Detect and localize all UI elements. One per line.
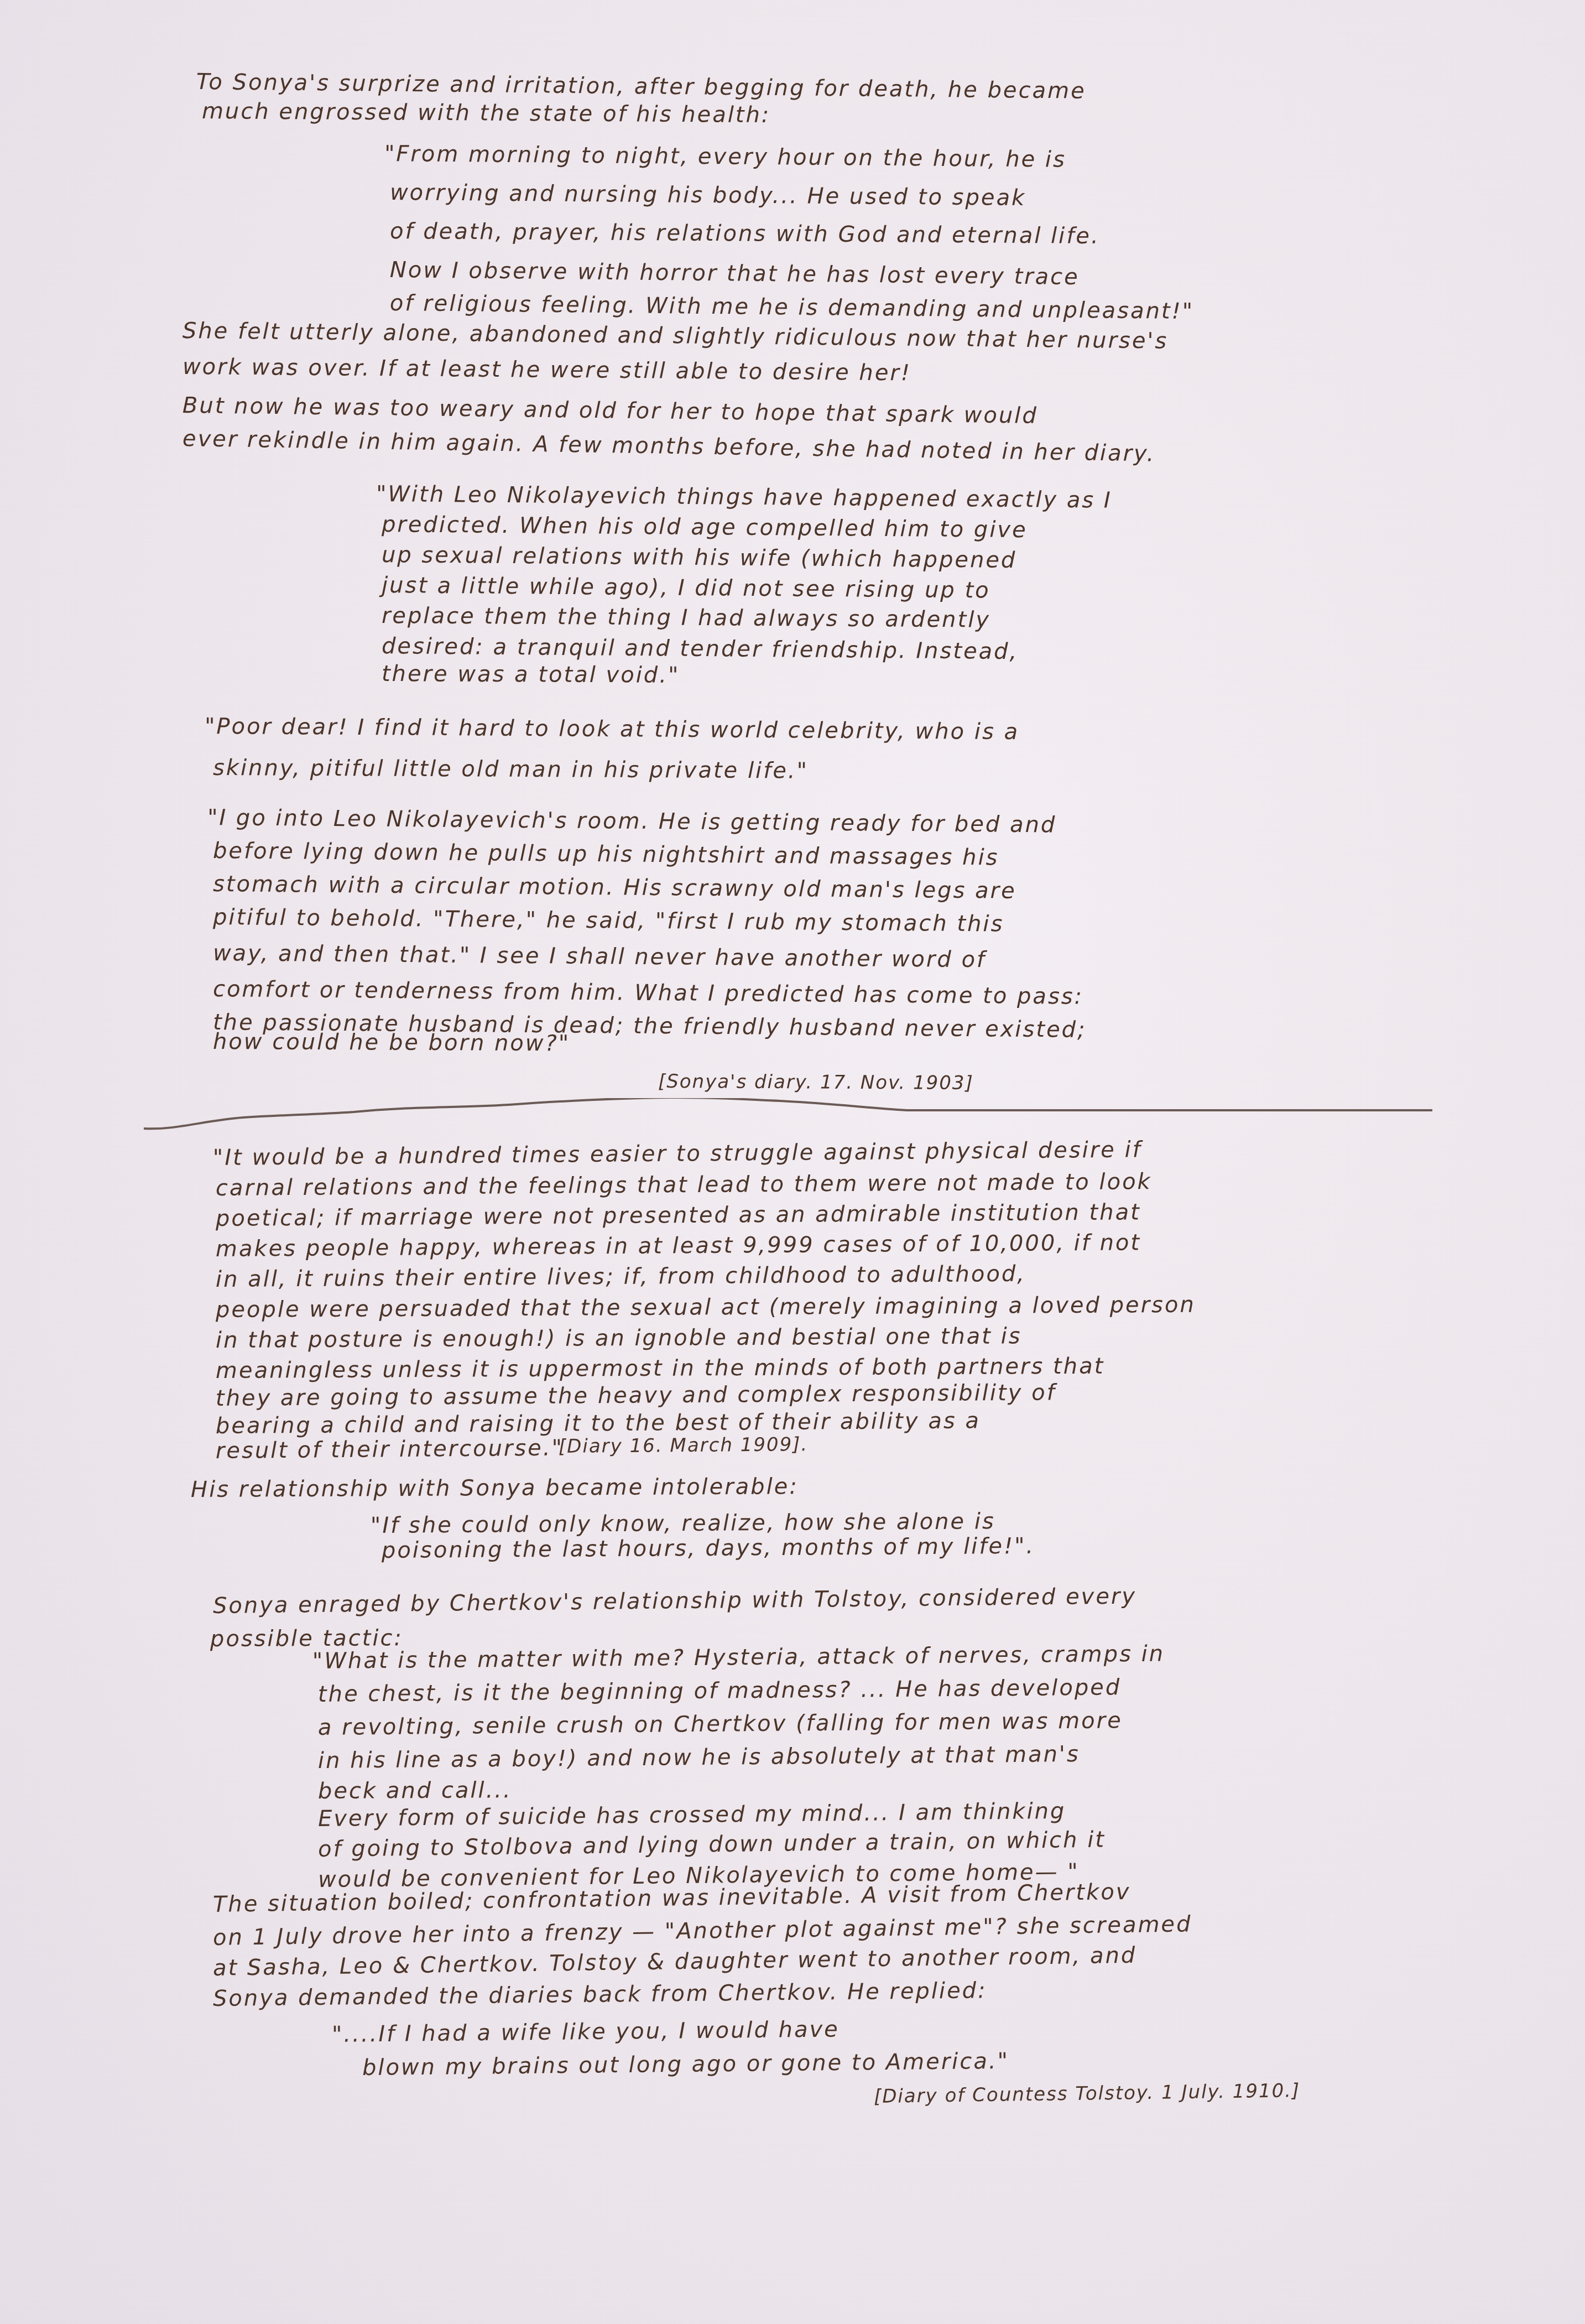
- quote-line: in all, it ruins their entire lives; if,…: [216, 1261, 1026, 1292]
- text-line: much engrossed with the state of his hea…: [202, 98, 771, 128]
- paragraph-3: His relationship with Sonya became intol…: [191, 1474, 799, 1502]
- quote-line: a revolting, senile crush on Chertkov (f…: [318, 1708, 1123, 1740]
- citation-1: [Sonya's diary. 17. Nov. 1903]: [658, 1070, 974, 1094]
- quote-line: before lying down he pulls up his nights…: [213, 838, 999, 870]
- quote-line: "What is the matter with me? Hysteria, a…: [312, 1641, 1165, 1674]
- quote-line: how could he be born now?": [213, 1029, 570, 1056]
- quote-line: stomach with a circular motion. His scra…: [213, 871, 1016, 904]
- text-line: She felt utterly alone, abandoned and sl…: [183, 318, 1169, 354]
- quote-line: up sexual relations with his wife (which…: [382, 542, 1017, 573]
- quote-line: pitiful to behold. "There," he said, "fi…: [213, 904, 1004, 937]
- citation-2: [Diary 16. March 1909].: [559, 1433, 809, 1458]
- quote-line: of religious feeling. With me he is dema…: [390, 290, 1194, 324]
- quote-line: result of their intercourse.": [216, 1436, 564, 1464]
- quote-line: of death, prayer, his relations with God…: [390, 219, 1100, 249]
- quote-line: "Poor dear! I find it hard to look at th…: [205, 714, 1019, 745]
- text-line: But now he was too weary and old for her…: [183, 393, 1038, 429]
- text-line: Sonya enraged by Chertkov's relationship…: [213, 1584, 1136, 1619]
- quote-line: desired: a tranquil and tender friendshi…: [382, 633, 1019, 664]
- text-line: Sonya demanded the diaries back from Che…: [213, 1978, 987, 2011]
- quote-line: beck and call...: [318, 1777, 512, 1804]
- quote-line: bearing a child and raising it to the be…: [216, 1408, 981, 1439]
- quote-line: poetical; if marriage were not presented…: [216, 1199, 1141, 1231]
- quote-line: just a little while ago), I did not see …: [382, 573, 990, 604]
- quote-line: skinny, pitiful little old man in his pr…: [213, 755, 809, 784]
- quote-line: in that posture is enough!) is an ignobl…: [216, 1323, 1022, 1353]
- quote-line: the chest, is it the beginning of madnes…: [318, 1675, 1122, 1707]
- quote-line: makes people happy, whereas in at least …: [216, 1230, 1141, 1262]
- quote-line: poisoning the last hours, days, months o…: [382, 1533, 1035, 1563]
- quote-line: meaningless unless it is uppermost in th…: [216, 1354, 1105, 1384]
- quote-line: "....If I had a wife like you, I would h…: [332, 2016, 840, 2047]
- quote-line: way, and then that." I see I shall never…: [213, 940, 986, 973]
- citation-3: [Diary of Countess Tolstoy. 1 July. 1910…: [874, 2079, 1301, 2108]
- quote-line: predicted. When his old age compelled hi…: [382, 512, 1028, 543]
- quote-line: Now I observe with horror that he has lo…: [390, 257, 1080, 290]
- quote-line: carnal relations and the feelings that l…: [216, 1169, 1152, 1201]
- quote-line: "With Leo Nikolayevich things have happe…: [376, 481, 1112, 513]
- divider-line: [144, 1098, 1432, 1142]
- quote-line: blown my brains out long ago or gone to …: [362, 2049, 1009, 2081]
- quote-line: "I go into Leo Nikolayevich's room. He i…: [207, 805, 1057, 838]
- quote-line: worrying and nursing his body... He used…: [390, 180, 1026, 211]
- quote-line: they are going to assume the heavy and c…: [216, 1380, 1056, 1411]
- manuscript-page: To Sonya's surprize and irritation, afte…: [0, 0, 1585, 2324]
- text-line: To Sonya's surprize and irritation, afte…: [196, 69, 1086, 104]
- text-line: work was over. If at least he were still…: [183, 354, 911, 386]
- quote-line: "From morning to night, every hour on th…: [384, 141, 1066, 173]
- quote-line: comfort or tenderness from him. What I p…: [213, 976, 1084, 1010]
- quote-line: people were persuaded that the sexual ac…: [216, 1292, 1196, 1323]
- quote-line: there was a total void.": [382, 661, 680, 688]
- quote-line: in his line as a boy!) and now he is abs…: [318, 1741, 1080, 1774]
- text-line: ever rekindle in him again. A few months…: [183, 426, 1156, 467]
- quote-line: replace them the thing I had always so a…: [382, 603, 990, 633]
- quote-line: of going to Stolbova and lying down unde…: [318, 1827, 1106, 1862]
